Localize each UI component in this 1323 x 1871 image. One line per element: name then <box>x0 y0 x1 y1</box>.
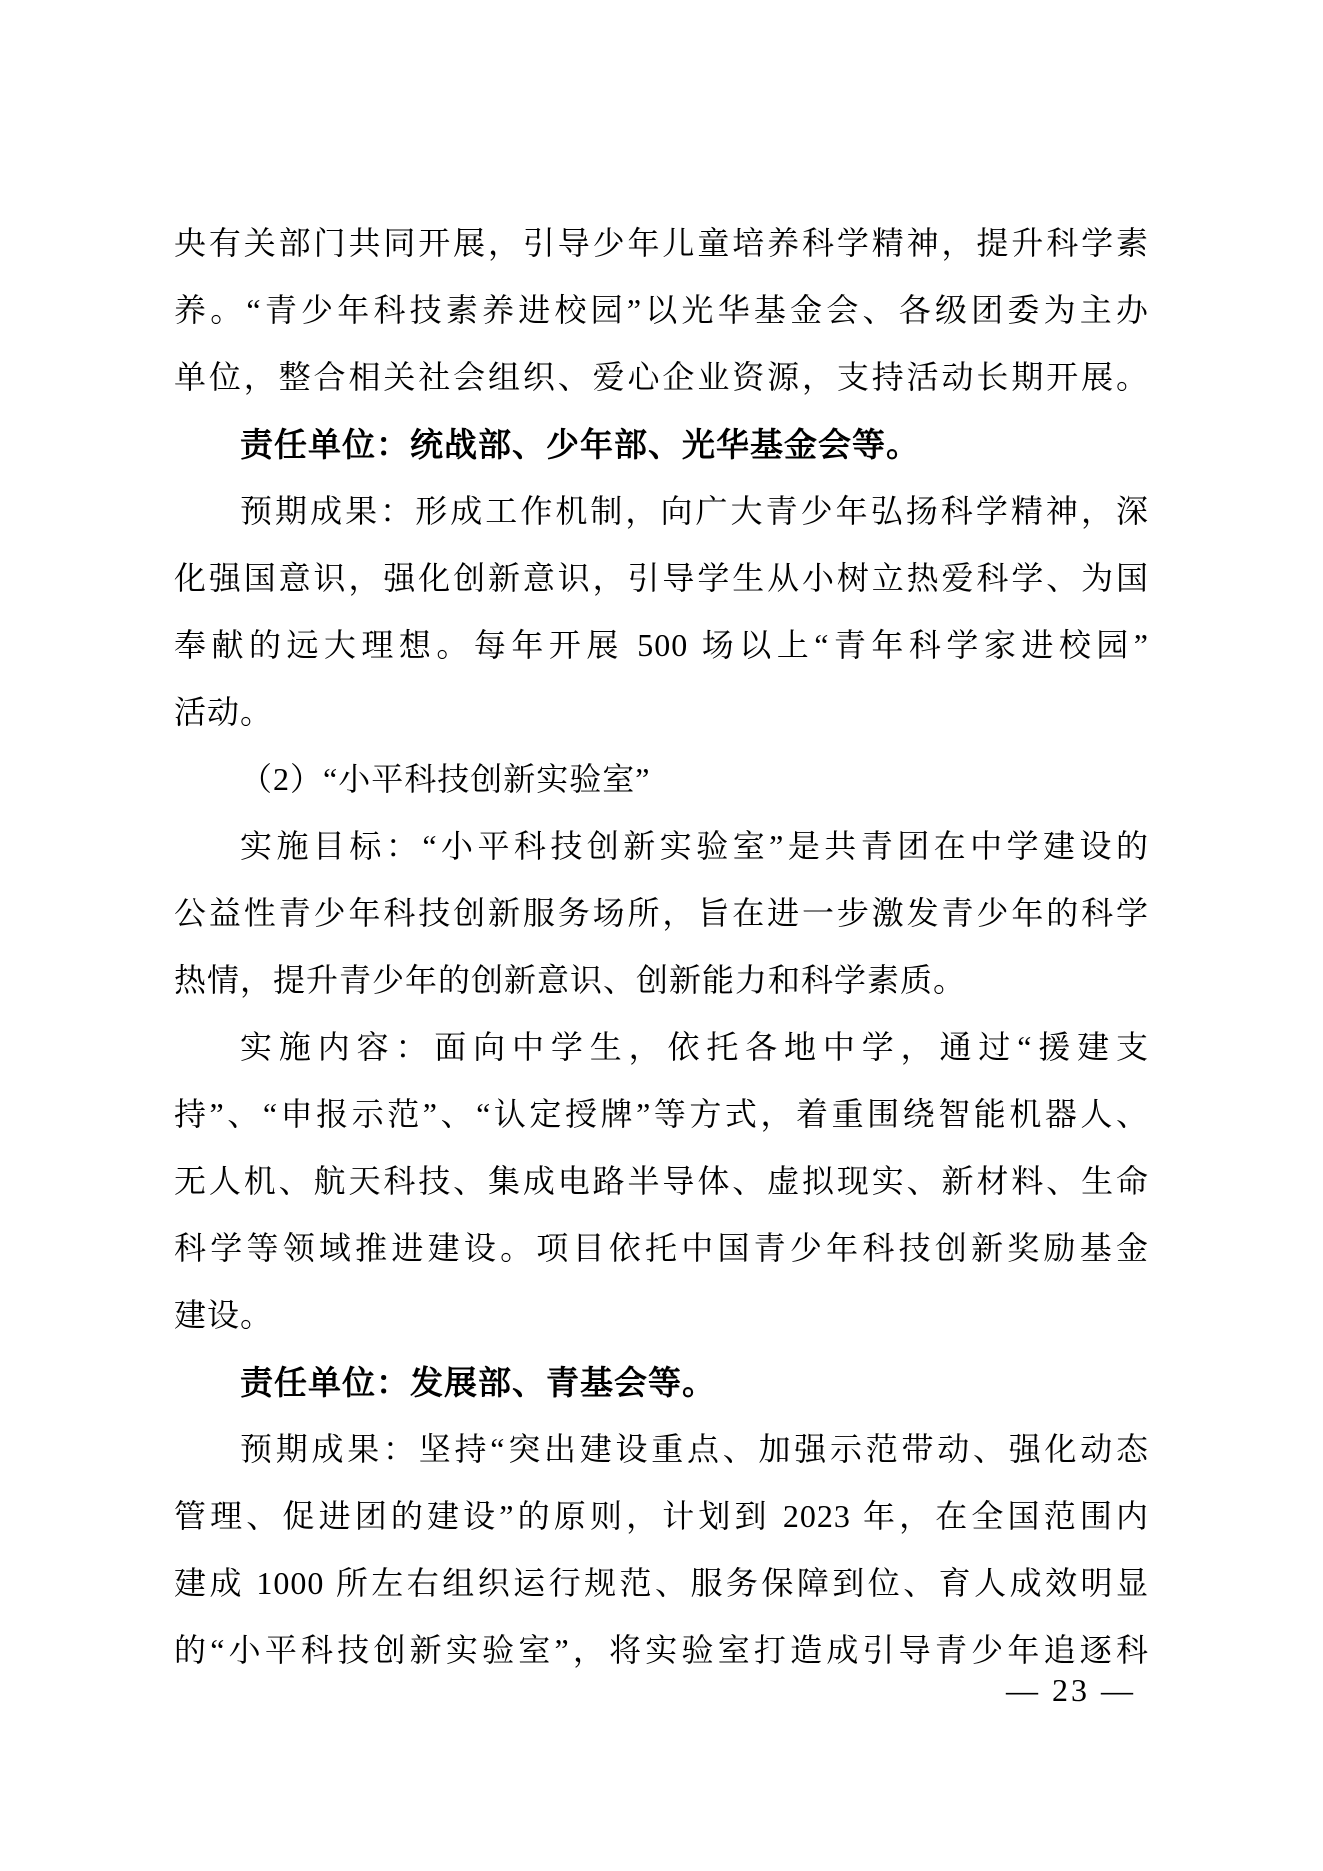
document-body: 央有关部门共同开展，引导少年儿童培养科学精神，提升科学素养。“青少年科技素养进校… <box>174 210 1149 1684</box>
text-line: 养。“青少年科技素养进校园”以光华基金会、各级团委为主办 <box>174 277 1149 344</box>
text-line: 预期成果：坚持“突出建设重点、加强示范带动、强化动态 <box>174 1416 1149 1483</box>
text-line: 实施目标：“小平科技创新实验室”是共青团在中学建设的 <box>174 813 1149 880</box>
text-line: 央有关部门共同开展，引导少年儿童培养科学精神，提升科学素 <box>174 210 1149 277</box>
text-line: 建成 1000 所左右组织运行规范、服务保障到位、育人成效明显 <box>174 1550 1149 1617</box>
text-line: 管理、促进团的建设”的原则，计划到 2023 年，在全国范围内 <box>174 1483 1149 1550</box>
text-line: 持”、“申报示范”、“认定授牌”等方式，着重围绕智能机器人、 <box>174 1081 1149 1148</box>
text-line: 无人机、航天科技、集成电路半导体、虚拟现实、新材料、生命 <box>174 1148 1149 1215</box>
text-line: 热情，提升青少年的创新意识、创新能力和科学素质。 <box>174 947 1149 1014</box>
text-line: 科学等领域推进建设。项目依托中国青少年科技创新奖励基金 <box>174 1215 1149 1282</box>
text-line: 预期成果：形成工作机制，向广大青少年弘扬科学精神，深 <box>174 478 1149 545</box>
responsible-unit-line: 责任单位：发展部、青基会等。 <box>174 1349 1149 1416</box>
text-line: 活动。 <box>174 679 1149 746</box>
text-line: 实施内容：面向中学生，依托各地中学，通过“援建支 <box>174 1014 1149 1081</box>
page-number: — 23 — <box>1006 1668 1136 1712</box>
text-line: 的“小平科技创新实验室”，将实验室打造成引导青少年追逐科 <box>174 1617 1149 1684</box>
text-line: 奉献的远大理想。每年开展 500 场以上“青年科学家进校园” <box>174 612 1149 679</box>
text-line: 单位，整合相关社会组织、爱心企业资源，支持活动长期开展。 <box>174 344 1149 411</box>
text-line: 化强国意识，强化创新意识，引导学生从小树立热爱科学、为国 <box>174 545 1149 612</box>
text-line: 公益性青少年科技创新服务场所，旨在进一步激发青少年的科学 <box>174 880 1149 947</box>
text-line: 建设。 <box>174 1282 1149 1349</box>
responsible-unit-line: 责任单位：统战部、少年部、光华基金会等。 <box>174 411 1149 478</box>
document-page: 央有关部门共同开展，引导少年儿童培养科学精神，提升科学素养。“青少年科技素养进校… <box>0 0 1323 1871</box>
text-line: （2）“小平科技创新实验室” <box>174 746 1149 813</box>
